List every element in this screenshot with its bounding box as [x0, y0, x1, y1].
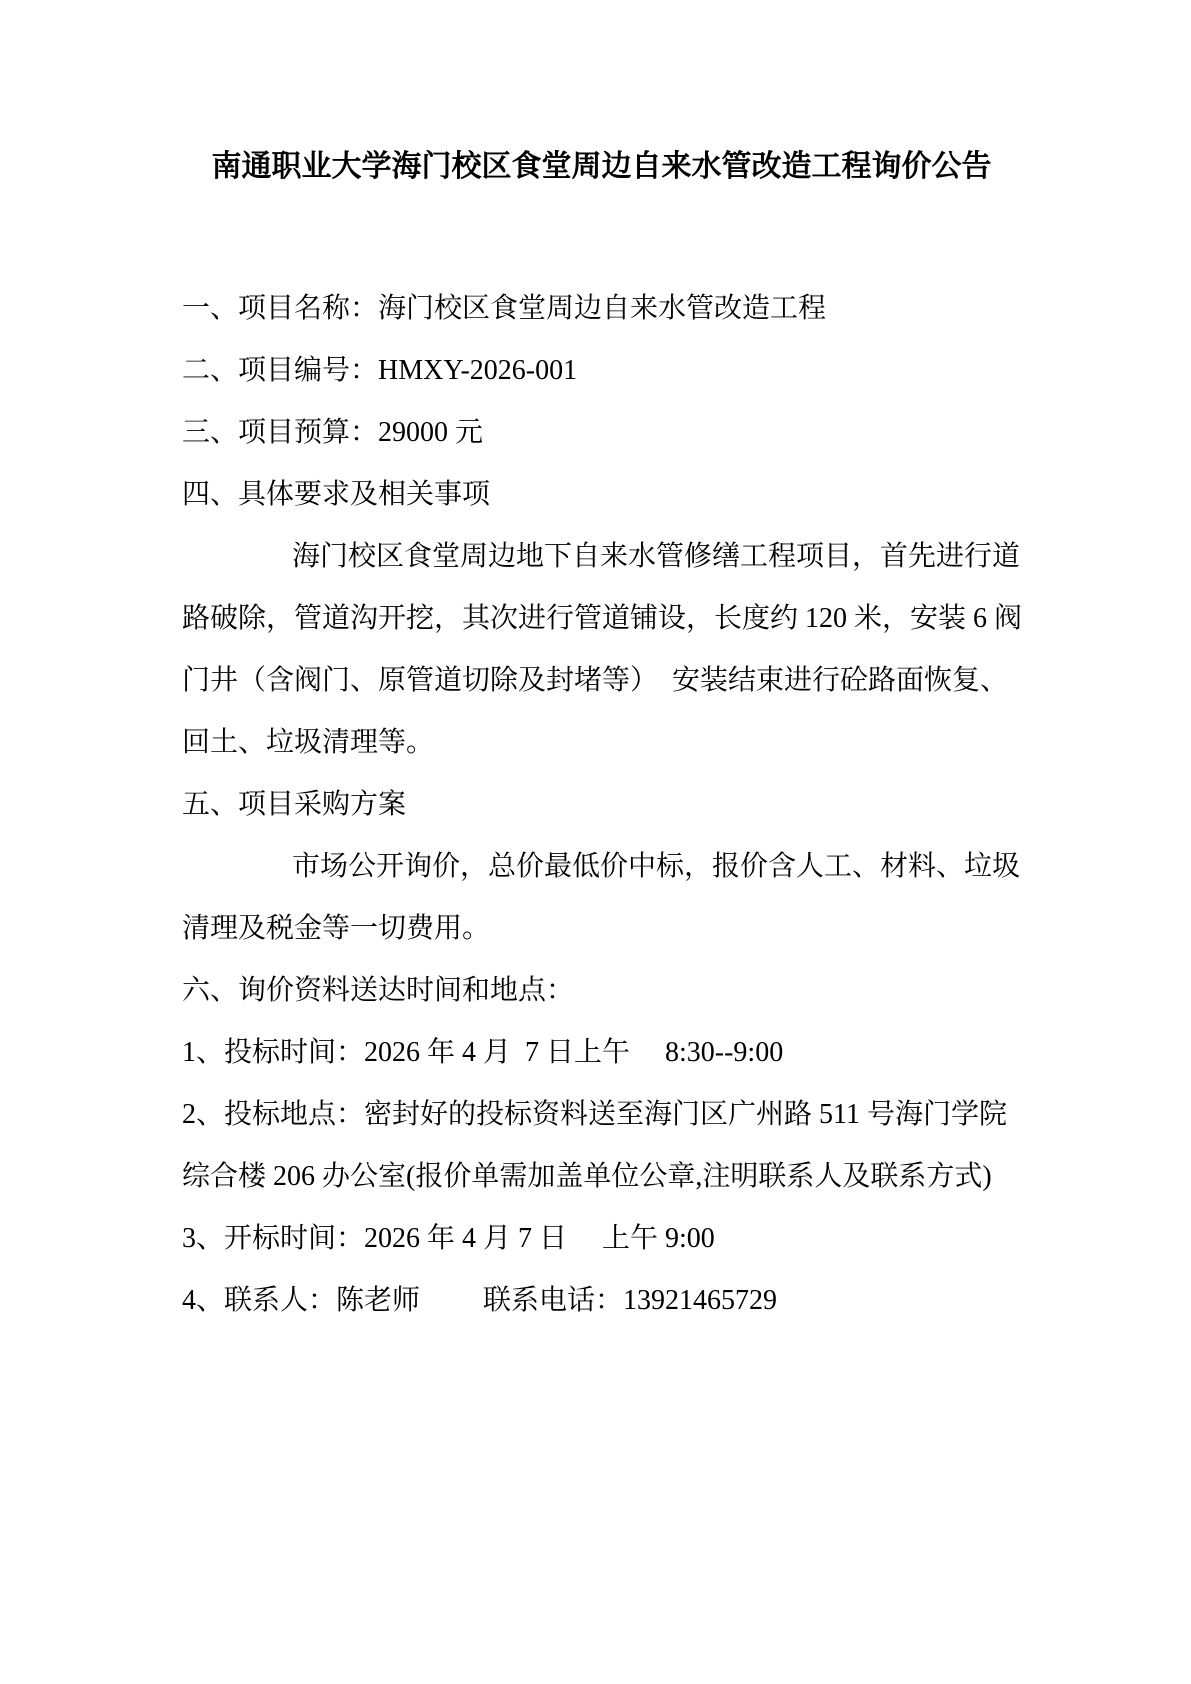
doc-line-project-name: 一、项目名称：海门校区食堂周边自来水管改造工程 [182, 278, 1021, 340]
doc-line-delivery-heading: 六、询价资料送达时间和地点： [182, 960, 1021, 1022]
doc-line-procurement-p1: 市场公开询价，总价最低价中标，报价含人工、材料、垃圾 [182, 836, 1021, 898]
doc-line-bid-time: 1、投标时间：2026 年 4 月 7 日上午 8:30--9:00 [182, 1022, 1021, 1084]
doc-line-bid-location-2: 综合楼 206 办公室(报价单需加盖单位公章,注明联系人及联系方式) [182, 1146, 1021, 1208]
doc-line-requirements-p3: 门井（含阀门、原管道切除及封堵等） 安装结束进行砼路面恢复、 [182, 650, 1021, 712]
doc-line-project-number: 二、项目编号：HMXY-2026-001 [182, 340, 1021, 402]
doc-line-bid-location-1: 2、投标地点：密封好的投标资料送至海门区广州路 511 号海门学院 [182, 1084, 1021, 1146]
document-title: 南通职业大学海门校区食堂周边自来水管改造工程询价公告 [182, 136, 1021, 198]
doc-line-project-budget: 三、项目预算：29000 元 [182, 402, 1021, 464]
doc-line-requirements-p4: 回土、垃圾清理等。 [182, 712, 1021, 774]
doc-line-requirements-heading: 四、具体要求及相关事项 [182, 464, 1021, 526]
document-body: 一、项目名称：海门校区食堂周边自来水管改造工程 二、项目编号：HMXY-2026… [182, 278, 1021, 1332]
doc-line-opening-time: 3、开标时间：2026 年 4 月 7 日 上午 9:00 [182, 1208, 1021, 1270]
doc-line-requirements-p2: 路破除，管道沟开挖，其次进行管道铺设，长度约 120 米，安装 6 阀 [182, 588, 1021, 650]
doc-line-requirements-p1: 海门校区食堂周边地下自来水管修缮工程项目，首先进行道 [182, 526, 1021, 588]
doc-line-contact: 4、联系人：陈老师 联系电话：13921465729 [182, 1270, 1021, 1332]
doc-line-procurement-heading: 五、项目采购方案 [182, 774, 1021, 836]
doc-line-procurement-p2: 清理及税金等一切费用。 [182, 898, 1021, 960]
document-page: 南通职业大学海门校区食堂周边自来水管改造工程询价公告 一、项目名称：海门校区食堂… [0, 0, 1191, 1684]
title-gap [182, 198, 1021, 278]
